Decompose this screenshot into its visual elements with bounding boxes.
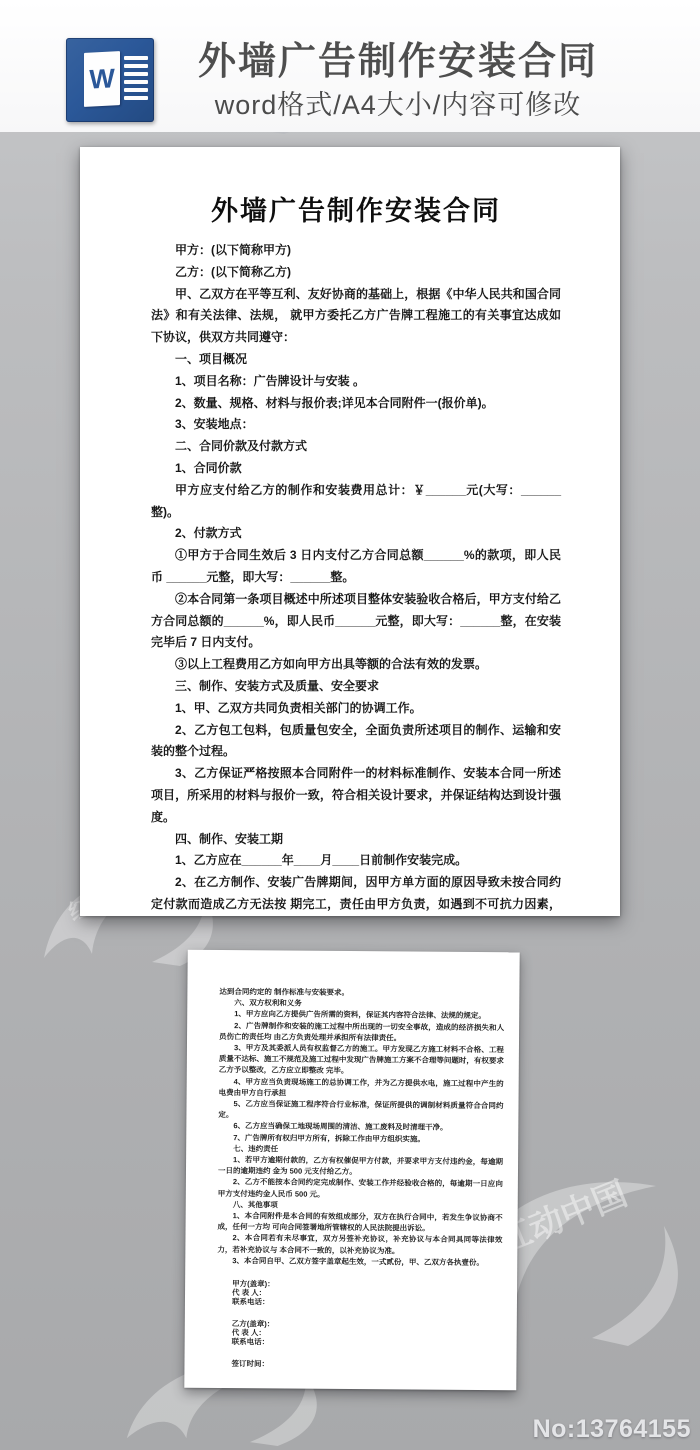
contract-paragraph: 5、乙方应当保证施工程序符合行业标准，保证所提供的调制材料质量符合合同约定。 — [218, 1098, 503, 1123]
contract-body-2: 达到合同约定的 制作标准与安装要求。六、双方权利和义务1、甲方应向乙方提供广告所… — [216, 986, 504, 1370]
contract-paragraph: 2、数量、规格、材料与报价表;详见本合同附件一(报价单)。 — [151, 393, 561, 415]
contract-paragraph: 乙方：(以下简称乙方) — [151, 262, 561, 284]
contract-paragraph: 1、合同价款 — [151, 458, 561, 480]
banner: W 外墙广告制作安装合同 word格式/A4大小/内容可修改 — [0, 0, 700, 132]
contract-paragraph: 签订时间： — [216, 1359, 501, 1370]
contract-paragraph: 1、项目名称：广告牌设计与安装 。 — [151, 371, 561, 393]
contract-paragraph: 四、制作、安装工期 — [151, 829, 561, 851]
word-icon-letter: W — [89, 63, 114, 95]
banner-titles: 外墙广告制作安装合同 word格式/A4大小/内容可修改 — [130, 0, 666, 120]
contract-paragraph: 4、甲方应当负责现场施工的总协调工作，并为乙方提供水电，施工过程中产生的电费由甲… — [219, 1076, 504, 1101]
contract-paragraph: 2、广告牌制作和安装的施工过程中所出现的一切安全事故，造成的经济损失和人员伤亡的… — [219, 1020, 504, 1045]
contract-paragraph: 2、本合同若有未尽事宜，双方另签补充协议，补充协议与本合同具同等法律效力，若补充… — [217, 1232, 502, 1257]
template-title: 外墙广告制作安装合同 — [130, 40, 666, 84]
contract-paragraph: 2、在乙方制作、安装广告牌期间，因甲方单方面的原因导致未按合同约定付款而造成乙方… — [151, 872, 561, 916]
contract-body-1: 甲方：(以下简称甲方)乙方：(以下简称乙方)甲、乙双方在平等互利、友好协商的基础… — [151, 240, 561, 916]
contract-paragraph: 甲方应支付给乙方的制作和安装费用总计：￥______元(大写：______整)。 — [151, 480, 561, 524]
contract-paragraph: 一、项目概况 — [151, 349, 561, 371]
template-subtitle: word格式/A4大小/内容可修改 — [130, 90, 666, 120]
contract-page-2: 达到合同约定的 制作标准与安装要求。六、双方权利和义务1、甲方应向乙方提供广告所… — [184, 950, 519, 1391]
contract-paragraph: 3、乙方保证严格按照本合同附件一的材料标准制作、安装本合同一所述项目，所采用的材… — [151, 763, 561, 828]
contract-paragraph: 1、甲、乙双方共同负责相关部门的协调工作。 — [151, 698, 561, 720]
contract-paragraph: 2、乙方不能按本合同约定完成制作、安装工作并经验收合格的，每逾期一日应向甲方支付… — [218, 1176, 503, 1201]
word-icon-page: W — [84, 51, 120, 107]
contract-paragraph: 3、甲方及其委派人员有权监督乙方的施工。甲方发现乙方施工材料不合格、工程质量不达… — [219, 1042, 504, 1078]
contract-paragraph: ③以上工程费用乙方如向甲方出具等额的合法有效的发票。 — [151, 654, 561, 676]
contract-paragraph: 1、若甲方逾期付款的，乙方有权催促甲方付款，并要求甲方支付违约金，每逾期一日的逾… — [218, 1154, 503, 1179]
serial-number: No:13764155 — [533, 1415, 691, 1444]
contract-page-1: 外墙广告制作安装合同 甲方：(以下简称甲方)乙方：(以下简称乙方)甲、乙双方在平… — [80, 147, 620, 916]
contract-paragraph: 三、制作、安装方式及质量、安全要求 — [151, 676, 561, 698]
contract-paragraph: 甲、乙双方在平等互利、友好协商的基础上，根据《中华人民共和国合同法》和有关法律、… — [151, 284, 561, 349]
contract-title: 外墙广告制作安装合同 — [151, 189, 561, 228]
contract-paragraph: 1、乙方应在______年____月____日前制作安装完成。 — [151, 850, 561, 872]
contract-paragraph: 2、乙方包工包料，包质量包安全，全面负责所述项目的制作、运输和安装的整个过程。 — [151, 720, 561, 764]
contract-paragraph: 2、付款方式 — [151, 523, 561, 545]
contract-paragraph: 3、本合同自甲、乙双方签字盖章起生效，一式贰份，甲、乙双方各执壹份。 — [217, 1255, 502, 1268]
contract-paragraph: ①甲方于合同生效后 3 日内支付乙方合同总额______%的款项，即人民币 __… — [151, 545, 561, 589]
contract-paragraph: ②本合同第一条项目概述中所述项目整体安装验收合格后，甲方支付给乙方合同总额的__… — [151, 589, 561, 654]
contract-paragraph: 二、合同价款及付款方式 — [151, 436, 561, 458]
contract-paragraph: 1、本合同附件是本合同的有效组成部分，双方在执行合同中，若发生争议协商不成，任何… — [218, 1210, 503, 1235]
contract-paragraph: 甲方：(以下简称甲方) — [151, 240, 561, 262]
contract-paragraph: 3、安装地点： — [151, 414, 561, 436]
